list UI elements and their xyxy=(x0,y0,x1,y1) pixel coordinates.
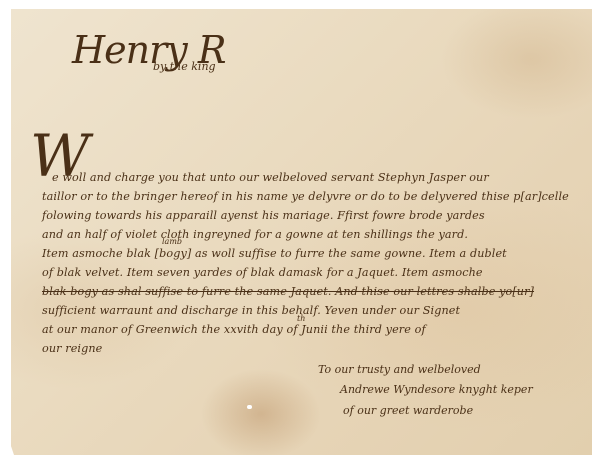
body-line-10: our reigne xyxy=(42,342,102,355)
sign-manual-suffix: by the king xyxy=(153,60,216,73)
address-line-2: Andrewe Wyndesore knyght keper xyxy=(340,383,533,396)
body-line-5: Item asmoche blak [bogy] as woll suffise… xyxy=(42,247,507,260)
body-line-4: and an half of violet cloth ingreyned fo… xyxy=(42,228,468,241)
address-line-1: To our trusty and welbeloved xyxy=(318,363,481,376)
parchment-hole xyxy=(247,405,252,409)
body-line-2: taillor or to the bringer hereof in his … xyxy=(42,190,569,203)
address-line-3: of our greet warderobe xyxy=(343,404,473,417)
body-line-1: e woll and charge you that unto our welb… xyxy=(52,171,489,184)
interlineation-2: th xyxy=(297,314,305,323)
interlineation-1: lamb xyxy=(162,237,182,246)
body-line-6: of blak velvet. Item seven yardes of bla… xyxy=(42,266,483,279)
body-line-7: blak bogy as shal suffise to furre the s… xyxy=(42,285,534,298)
body-line-8: sufficient warraunt and discharge in thi… xyxy=(42,304,460,317)
body-line-9: at our manor of Greenwich the xxvith day… xyxy=(42,323,426,336)
body-line-3: folowing towards his apparaill ayenst hi… xyxy=(42,209,485,222)
